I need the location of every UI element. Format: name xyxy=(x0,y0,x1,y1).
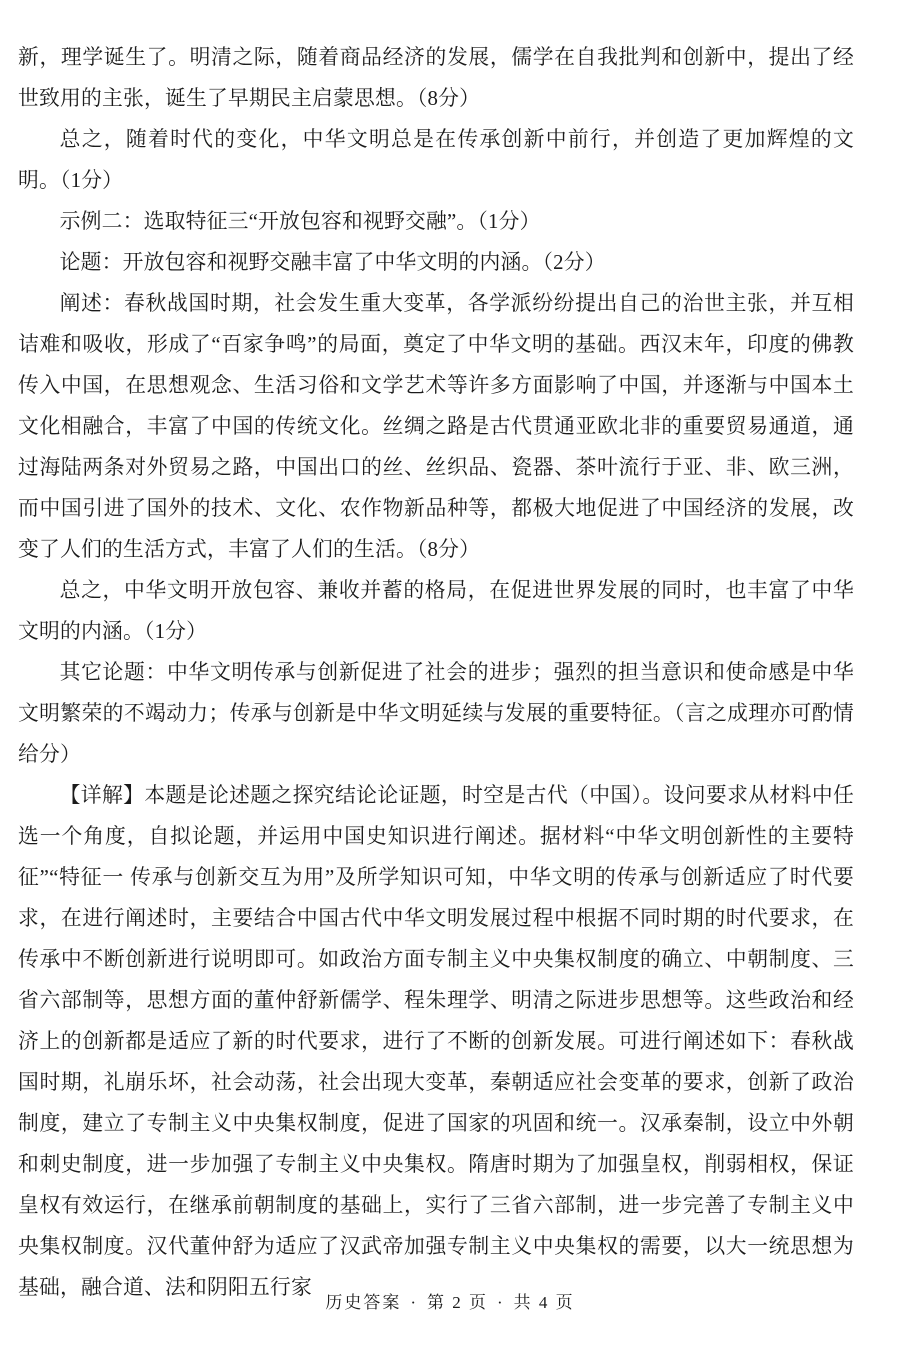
footer-separator-dot: · xyxy=(410,1293,418,1312)
paragraph-summary-example1: 总之，随着时代的变化，中华文明总是在传承创新中前行，并创造了更加辉煌的文明。（1… xyxy=(18,119,854,201)
paragraph-continued-from-previous-page: 新，理学诞生了。明清之际，随着商品经济的发展，儒学在自我批判和创新中，提出了经世… xyxy=(18,37,854,119)
document-page: 新，理学诞生了。明清之际，随着商品经济的发展，儒学在自我批判和创新中，提出了经世… xyxy=(0,0,900,1363)
footer-page-number: 第 2 页 xyxy=(427,1293,488,1312)
paragraph-example2-topic: 论题：开放包容和视野交融丰富了中华文明的内涵。（2分） xyxy=(18,242,854,283)
paragraph-example2-summary: 总之，中华文明开放包容、兼收并蓄的格局，在促进世界发展的同时，也丰富了中华文明的… xyxy=(18,570,854,652)
paragraph-example2-heading: 示例二：选取特征三“开放包容和视野交融”。（1分） xyxy=(18,201,854,242)
paragraph-other-topics: 其它论题：中华文明传承与创新促进了社会的进步；强烈的担当意识和使命感是中华文明繁… xyxy=(18,652,854,775)
footer-total-pages: 共 4 页 xyxy=(514,1293,575,1312)
footer-doc-title: 历史答案 xyxy=(325,1293,401,1312)
answer-text-block: 新，理学诞生了。明清之际，随着商品经济的发展，儒学在自我批判和创新中，提出了经世… xyxy=(18,37,854,1308)
footer-separator-dot: · xyxy=(497,1293,505,1312)
paragraph-detailed-analysis: 【详解】本题是论述题之探究结论论证题，时空是古代（中国）。设问要求从材料中任选一… xyxy=(18,775,854,1308)
paragraph-example2-elaboration: 阐述：春秋战国时期，社会发生重大变革，各学派纷纷提出自己的治世主张，并互相诘难和… xyxy=(18,283,854,570)
page-footer: 历史答案·第 2 页·共 4 页 xyxy=(0,1291,900,1315)
